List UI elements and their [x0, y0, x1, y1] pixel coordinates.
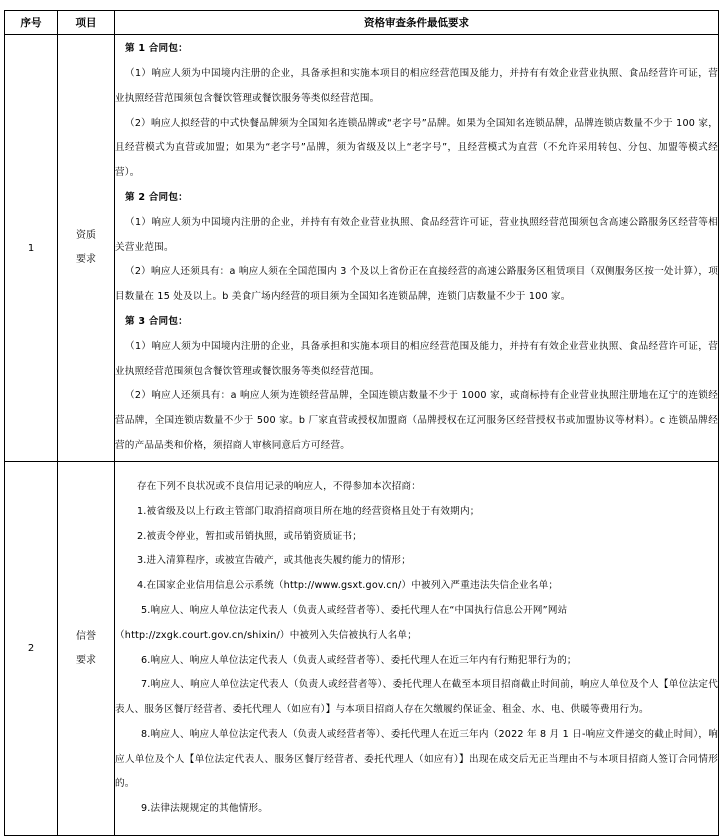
requirement-paragraph: （1）响应人须为中国境内注册的企业，并持有有效企业营业执照、食品经营许可证，营业… — [115, 211, 718, 261]
header-item: 项目 — [58, 11, 115, 35]
credit-item: 2.被责令停业，暂扣或吊销执照，或吊销资质证书； — [115, 525, 718, 550]
credit-intro: 存在下列不良状况或不良信用记录的响应人，不得参加本次招商： — [115, 475, 718, 500]
credit-item: 5.响应人、响应人单位法定代表人（负责人或经营者等）、委托代理人在“中国执行信息… — [115, 599, 718, 624]
item-label-line: 资质 — [58, 224, 114, 248]
item-label-line: 要求 — [58, 248, 114, 272]
qualification-requirements-table: 序号 项目 资格审查条件最低要求 1 资质 要求 第 1 合同包： （1）响应人… — [4, 10, 719, 836]
credit-item: 8.响应人、响应人单位法定代表人（负责人或经营者等）、委托代理人在近三年内（20… — [115, 723, 718, 797]
credit-item: 3.进入清算程序，或被宣告破产，或其他丧失履约能力的情形； — [115, 549, 718, 574]
item-label-line: 信誉 — [58, 625, 114, 649]
credit-item: 1.被省级及以上行政主管部门取消招商项目所在地的经营资格且处于有效期内； — [115, 500, 718, 525]
requirement-paragraph: （2）响应人还须具有：a 响应人须在全国范围内 3 个及以上省份正在直接经营的高… — [115, 260, 718, 310]
credit-item: 4.在国家企业信用信息公示系统（http://www.gsxt.gov.cn/）… — [115, 574, 718, 599]
package-title: 第 1 合同包： — [115, 37, 718, 62]
requirement-paragraph: （1）响应人须为中国境内注册的企业，具备承担和实施本项目的相应经营范围及能力，并… — [115, 62, 718, 112]
credit-item: 7.响应人、响应人单位法定代表人（负责人或经营者等）、委托代理人在截至本项目招商… — [115, 673, 718, 723]
credit-item: 9.法律法规规定的其他情形。 — [115, 797, 718, 822]
row-index: 2 — [5, 462, 58, 836]
requirement-paragraph: （2）响应人还须具有：a 响应人须为连锁经营品牌，全国连锁店数量不少于 1000… — [115, 384, 718, 458]
credit-item-continuation: （http://zxgk.court.gov.cn/shixin/）中被列入失信… — [115, 624, 718, 649]
requirement-paragraph: （1）响应人须为中国境内注册的企业，具备承担和实施本项目的相应经营范围及能力，并… — [115, 335, 718, 385]
table-header-row: 序号 项目 资格审查条件最低要求 — [5, 11, 719, 35]
requirement-paragraph: （2）响应人拟经营的中式快餐品牌须为全国知名连锁品牌或“老字号”品牌。如果为全国… — [115, 112, 718, 186]
row-requirements: 存在下列不良状况或不良信用记录的响应人，不得参加本次招商： 1.被省级及以上行政… — [115, 462, 719, 836]
row-item: 资质 要求 — [58, 35, 115, 462]
header-index: 序号 — [5, 11, 58, 35]
row-index: 1 — [5, 35, 58, 462]
package-title: 第 2 合同包： — [115, 186, 718, 211]
package-title: 第 3 合同包： — [115, 310, 718, 335]
table-row-credit: 2 信誉 要求 存在下列不良状况或不良信用记录的响应人，不得参加本次招商： 1.… — [5, 462, 719, 836]
item-label-line: 要求 — [58, 649, 114, 673]
table-row-qualification: 1 资质 要求 第 1 合同包： （1）响应人须为中国境内注册的企业，具备承担和… — [5, 35, 719, 462]
row-requirements: 第 1 合同包： （1）响应人须为中国境内注册的企业，具备承担和实施本项目的相应… — [115, 35, 719, 462]
header-requirements: 资格审查条件最低要求 — [115, 11, 719, 35]
credit-item: 6.响应人、响应人单位法定代表人（负责人或经营者等）、委托代理人在近三年内有行贿… — [115, 649, 718, 674]
row-item: 信誉 要求 — [58, 462, 115, 836]
